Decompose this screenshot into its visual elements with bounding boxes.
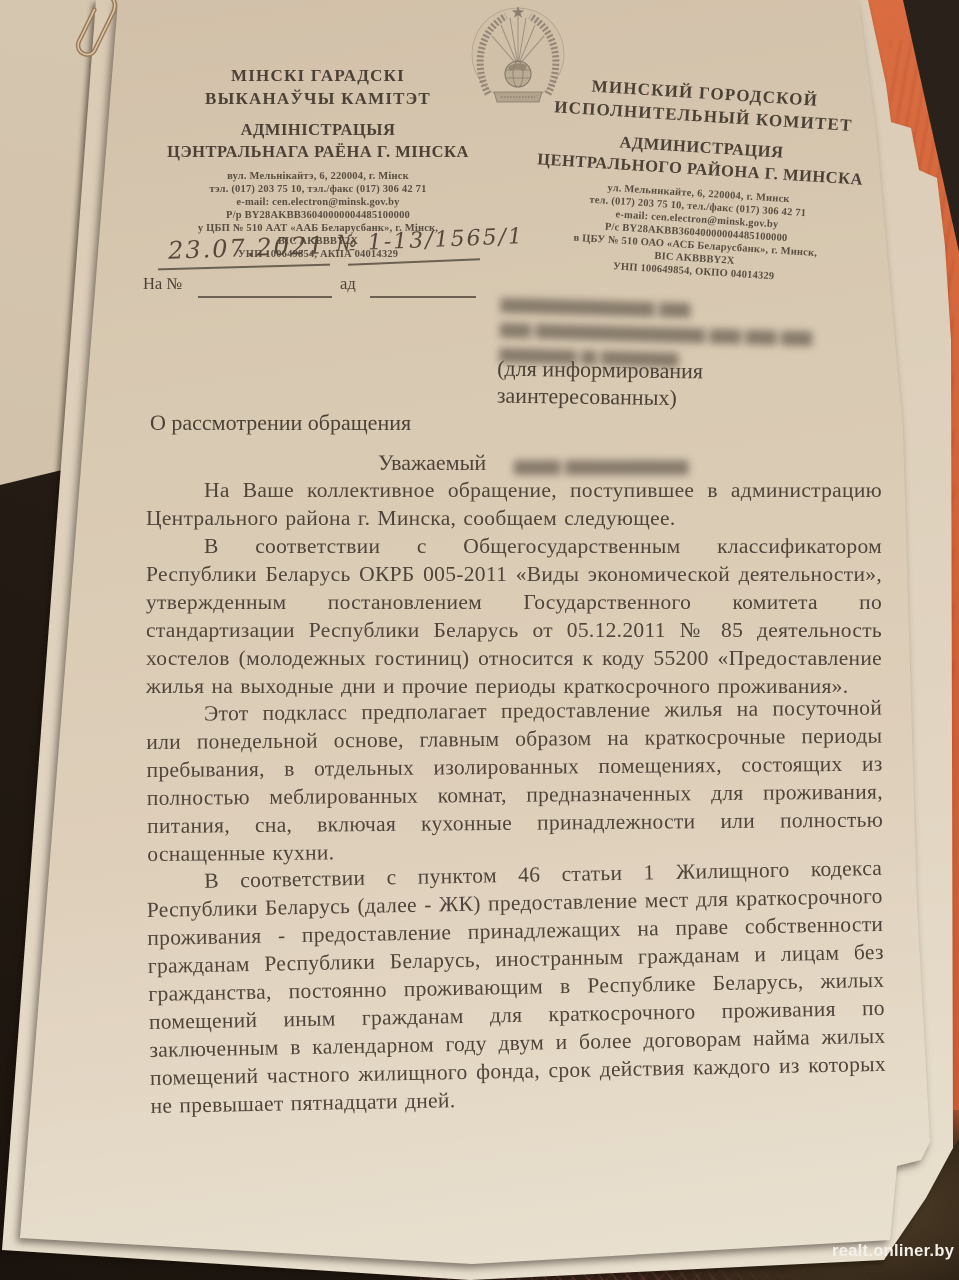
administration-name-by: АДМІНІСТРАЦЫЯ ЦЭНТРАЛЬНАГА РАЁНА Г. МІНС… <box>140 119 496 163</box>
letterhead-right: МИНСКИЙ ГОРОДСКОЙ ИСПОЛНИТЕЛЬНЫЙ КОМИТЕТ… <box>508 70 892 290</box>
greeting-line: Уважаемый▅▅▅ ▅▅▅▅▅▅▅▅ <box>378 450 688 476</box>
info-note: (для информирования заинтересованных) <box>497 355 704 412</box>
administration-line: АДМІНІСТРАЦЫЯ <box>140 119 496 141</box>
org-details-line: тэл. (017) 203 75 10, тэл./факс (017) 30… <box>140 183 496 196</box>
org-details-line: Р/р BY28AKBB36040000004485100000 <box>140 209 496 222</box>
watermark: realt.onliner.by <box>832 1242 954 1261</box>
org-details-line: e-mail: cen.electron@minsk.gov.by <box>140 196 496 209</box>
info-note-line: (для информирования <box>497 355 703 385</box>
paper-wrap: МІНСКІ ГАРАДСКІ ВЫКАНАЎЧЫ КАМІТЭТ АДМІНІ… <box>0 0 959 1280</box>
body-paragraph: В соответствии с Общегосударственным кла… <box>146 532 882 700</box>
info-note-line: заинтересованных) <box>497 382 703 412</box>
letter-body: На Ваше коллективное обращение, поступив… <box>146 476 882 1120</box>
from-date-blank <box>370 296 476 298</box>
committee-name-by: МІНСКІ ГАРАДСКІ ВЫКАНАЎЧЫ КАМІТЭТ <box>140 64 496 110</box>
date-underline <box>158 264 330 271</box>
salutation: Уважаемый <box>378 450 486 475</box>
body-paragraph: В соответствии с пунктом 46 статьи 1 Жил… <box>146 854 887 1120</box>
blurred-recipient-name: ▅▅▅ ▅▅▅▅▅▅▅▅ <box>514 453 688 475</box>
committee-line: МІНСКІ ГАРАДСКІ <box>140 64 496 87</box>
incoming-number-label: На № <box>143 274 182 294</box>
body-paragraph: Этот подкласс предполагает предоставлени… <box>146 694 883 868</box>
org-details-line: вул. Мельнікайтэ, 6, 220004, г. Мінск <box>140 170 496 183</box>
document-page: МІНСКІ ГАРАДСКІ ВЫКАНАЎЧЫ КАМІТЭТ АДМІНІ… <box>0 0 959 1280</box>
administration-line: ЦЭНТРАЛЬНАГА РАЁНА Г. МІНСКА <box>140 141 496 163</box>
incoming-number-blank <box>198 296 332 298</box>
from-date-label: ад <box>340 274 356 294</box>
subject-line: О рассмотрении обращения <box>150 410 411 436</box>
body-paragraph: На Ваше коллективное обращение, поступив… <box>146 476 882 532</box>
committee-line: ВЫКАНАЎЧЫ КАМІТЭТ <box>140 87 496 110</box>
photo-of-document: МІНСКІ ГАРАДСКІ ВЫКАНАЎЧЫ КАМІТЭТ АДМІНІ… <box>0 0 959 1280</box>
handwritten-date: 23.07.2021 <box>168 231 326 264</box>
org-details-ru: ул. Мельникайте, 6, 220004, г. Минск тел… <box>508 176 885 290</box>
